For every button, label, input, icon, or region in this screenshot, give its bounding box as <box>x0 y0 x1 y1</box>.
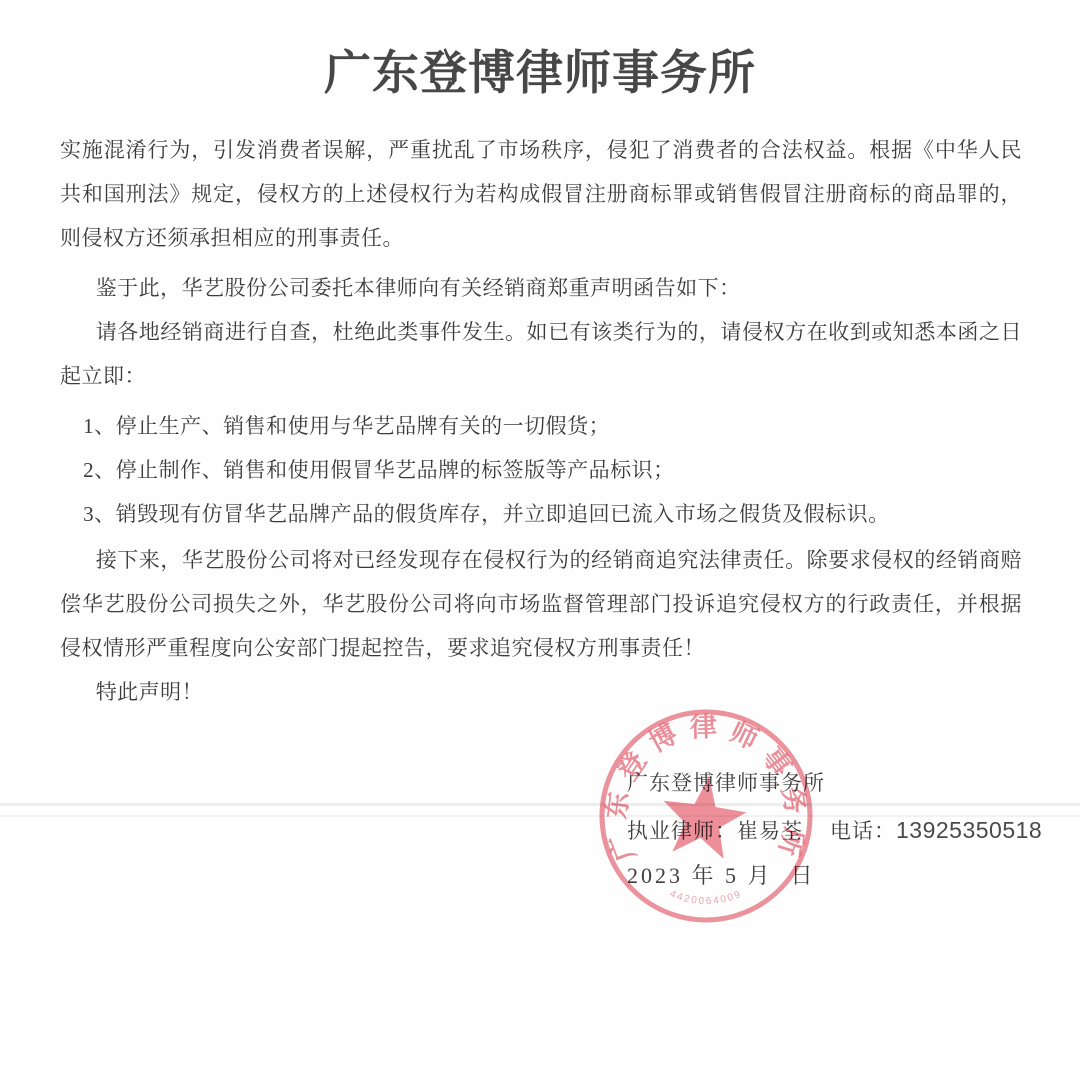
body-paragraph: 鉴于此，华艺股份公司委托本律师向有关经销商郑重声明函告如下： <box>60 266 1022 310</box>
phone-label: 电话： <box>830 819 896 843</box>
body-paragraph: 接下来，华艺股份公司将对已经发现存在侵权行为的经销商追究法律责任。除要求侵权的经… <box>60 538 1022 670</box>
signature-lawyer-line: 执业律师：崔易荃电话：13925350518 <box>627 817 1042 844</box>
body-paragraph: 特此声明！ <box>60 670 1022 714</box>
signature-firm-name: 广东登博律师事务所 <box>627 770 825 796</box>
document-title: 广东登博律师事务所 <box>0 36 1080 103</box>
list-item: 3、销毁现有仿冒华艺品牌产品的假货库存，并立即追回已流入市场之假货及假标识。 <box>60 492 1022 536</box>
svg-text:4420064009: 4420064009 <box>668 889 744 907</box>
body-paragraph: 实施混淆行为，引发消费者误解，严重扰乱了市场秩序，侵犯了消费者的合法权益。根据《… <box>60 128 1022 260</box>
date-year-month: 2023 年 5 月 <box>627 863 773 888</box>
list-item: 2、停止制作、销售和使用假冒华艺品牌的标签版等产品标识； <box>60 448 1022 492</box>
scan-artifact-line <box>0 803 1080 806</box>
date-day-label: 日 <box>791 863 816 888</box>
official-seal: 广东登博律师事务所 4420064009 <box>596 706 816 926</box>
phone-number: 13925350518 <box>896 817 1042 843</box>
document-body: 实施混淆行为，引发消费者误解，严重扰乱了市场秩序，侵犯了消费者的合法权益。根据《… <box>60 128 1022 714</box>
list-item: 1、停止生产、销售和使用与华艺品牌有关的一切假货； <box>60 404 1022 448</box>
lawyer-name: 崔易荃 <box>737 819 803 843</box>
signature-date-line: 2023 年 5 月日 <box>627 862 816 890</box>
body-paragraph: 请各地经销商进行自查，杜绝此类事件发生。如已有该类行为的，请侵权方在收到或知悉本… <box>60 310 1022 398</box>
scanned-legal-document: 广东登博律师事务所 实施混淆行为，引发消费者误解，严重扰乱了市场秩序，侵犯了消费… <box>0 0 1080 1069</box>
seal-serial-number: 4420064009 <box>668 889 744 907</box>
lawyer-label: 执业律师： <box>627 819 737 843</box>
